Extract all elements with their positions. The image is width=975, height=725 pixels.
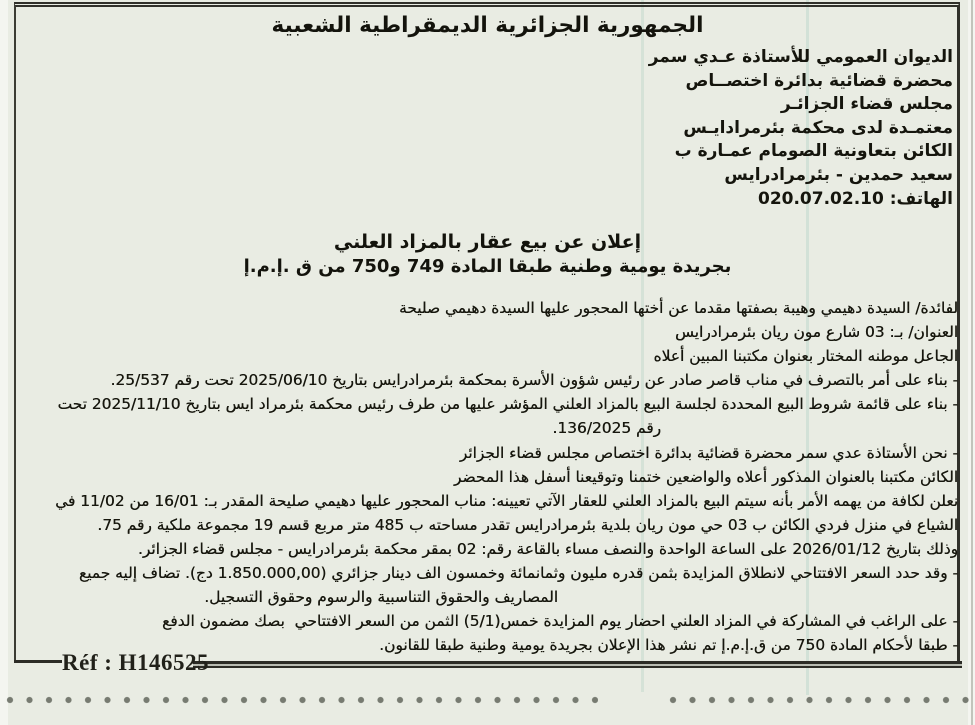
body-line: المصاريف والحقوق التناسبية والرسوم وحقوق…: [18, 585, 958, 609]
column-divider-line: [971, 0, 973, 725]
body-line: وذلك بتاريخ 2026/01/12 على الساعة الواحد…: [18, 537, 958, 561]
notice-body: لفائدة/ السيدة دهيمي وهيبة بصفتها مقدما …: [18, 296, 958, 656]
office-line: سعيد حمدين - بئرمرادرايس: [649, 164, 953, 188]
republic-title: الجمهورية الجزائرية الديمقراطية الشعبية: [0, 13, 975, 38]
office-line: معتمـدة لدى محكمة بئرمرادايـس: [649, 117, 953, 141]
body-line: الكائن مكتبنا بالعنوان المذكور أعلاه وال…: [18, 465, 958, 489]
frame-corner-stub: [14, 660, 62, 663]
body-line: - على الراغب في المشاركة في المزاد العلن…: [18, 609, 958, 633]
reference-label: Réf : H146525: [62, 650, 209, 676]
body-line: - بناء على أمر بالتصرف في مناب قاصر صادر…: [18, 368, 958, 392]
office-line: الكائن بتعاونية الصومام عمـارة ب: [649, 140, 953, 164]
office-line: الديوان العمومي للأستاذة عـدي سمر: [649, 46, 953, 70]
body-line: لفائدة/ السيدة دهيمي وهيبة بصفتها مقدما …: [18, 296, 958, 320]
auction-title-line1: إعلان عن بيع عقار بالمزاد العلني: [0, 231, 975, 255]
frame-bottom-rule: [193, 661, 962, 668]
body-line: - بناء على قائمة شروط البيع المحددة لجلس…: [18, 392, 958, 416]
perforation-dots-gap: [598, 692, 660, 709]
auction-announcement-title: إعلان عن بيع عقار بالمزاد العلني بجريدة …: [0, 231, 975, 278]
body-line: - وقد حدد السعر الافتتاحي لانطلاق المزاي…: [18, 561, 958, 585]
auction-title-line2: بجريدة يومية وطنية طبقا المادة 749 و750 …: [0, 255, 975, 279]
office-line: محضرة قضائية بدائرة اختصــاص: [649, 70, 953, 94]
office-phone-line: الهاتف: 020.07.02.10: [649, 188, 953, 212]
office-line: مجلس قضاء الجزائـر: [649, 93, 953, 117]
body-line: الجاعل موطنه المختار بعنوان مكتبنا المبي…: [18, 344, 958, 368]
perforation-dots: [4, 694, 970, 707]
body-line: رقم 136/2025.: [18, 416, 958, 440]
body-line: الشياع في منزل فردي الكائن ب 03 حي مون ر…: [18, 513, 958, 537]
bailiff-office-block: الديوان العمومي للأستاذة عـدي سمر محضرة …: [649, 46, 953, 211]
body-line: - نحن الأستاذة عدي سمر محضرة قضائية بدائ…: [18, 441, 958, 465]
body-line: العنوان/ بـ: 03 شارع مون ريان بئرمرادراي…: [18, 320, 958, 344]
body-line: نعلن لكافة من يهمه الأمر بأنه سيتم البيع…: [18, 489, 958, 513]
